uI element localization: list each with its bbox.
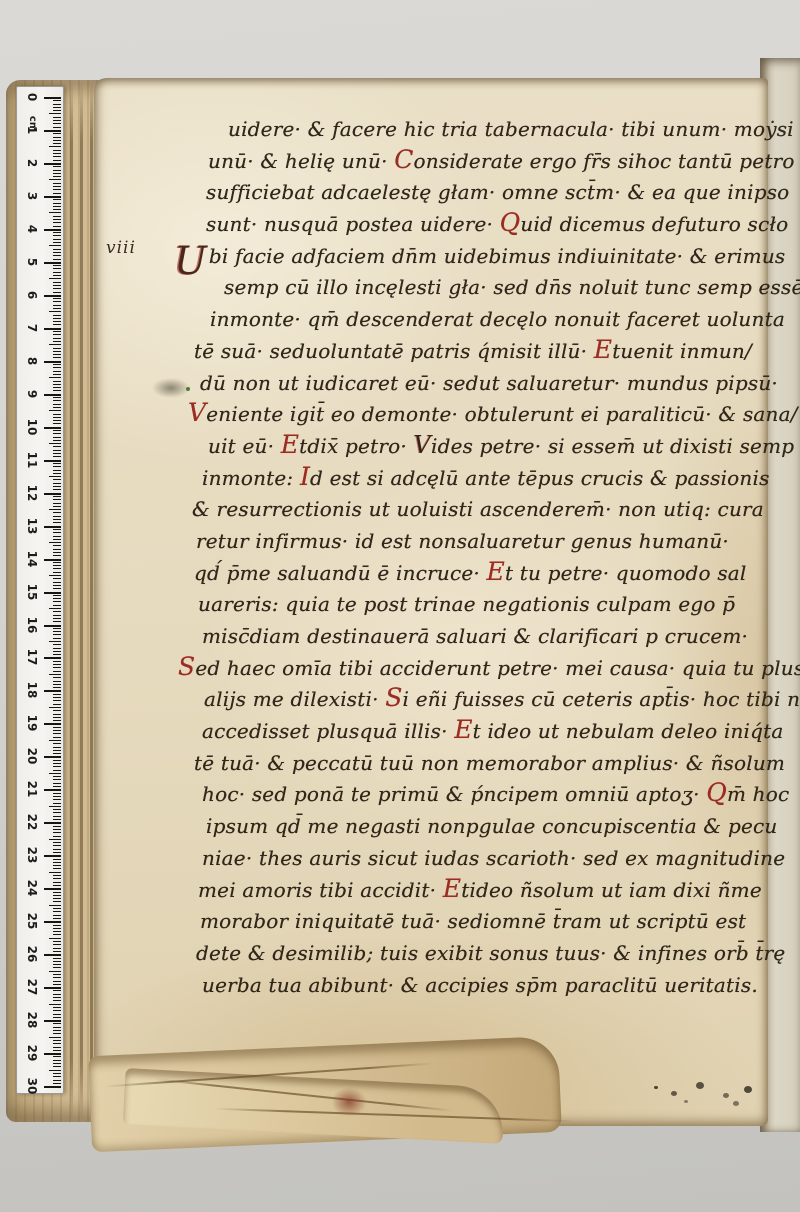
ruler-tick	[53, 232, 61, 233]
ruler-tick	[44, 295, 61, 297]
ruler-tick	[53, 100, 61, 101]
page-edge-crease	[80, 80, 83, 1122]
ruler-tick	[49, 575, 61, 576]
ruler-tick	[49, 542, 61, 543]
initial-letter: Q	[500, 208, 521, 237]
ruler-tick	[49, 476, 61, 477]
ruler-tick	[53, 275, 61, 276]
manuscript-text-segment: t ideo ut nebulam deleo iniq́ta	[473, 719, 784, 743]
ruler-tick	[53, 582, 61, 583]
ruler-tick	[53, 605, 61, 606]
ruler-tick	[53, 466, 61, 467]
ruler-tick	[53, 565, 61, 566]
manuscript-text-segment: unū· & helię unū·	[208, 149, 394, 173]
ruler-tick	[53, 252, 61, 253]
ruler-tick	[53, 1043, 61, 1044]
manuscript-text-segment: inmonte· qm̄ descenderat decęlo nonuit f…	[210, 307, 785, 331]
ruler-number: 2	[25, 152, 39, 174]
manuscript-text-segment: tideo ñsolum ut iam dixi ñme	[461, 878, 762, 902]
manuscript-text-segment: ipsum qd̄ me negasti nonpgulae concupisc…	[206, 814, 777, 838]
manuscript-line: dū non ut iudicaret eū· sedut saluaretur…	[200, 368, 778, 400]
ruler-number: 4	[25, 218, 39, 240]
ruler-tick	[53, 255, 61, 256]
ruler-tick	[53, 753, 61, 754]
ruler-tick	[44, 756, 61, 758]
ruler-tick	[53, 318, 61, 319]
ruler-tick	[53, 796, 61, 797]
ruler-tick	[53, 687, 61, 688]
ruler-number: 1	[25, 119, 39, 141]
ruler-tick	[49, 905, 61, 906]
ruler-tick	[53, 628, 61, 629]
ruler-tick	[53, 710, 61, 711]
manuscript-text-segment: hoc· sed ponā te primū & ṕncipem omniū a…	[202, 782, 706, 806]
ruler-tick	[53, 341, 61, 342]
ruler-tick	[53, 783, 61, 784]
manuscript-line: sufficiebat adcaelestę głam· omne sct̄m·…	[206, 177, 778, 209]
ruler-tick	[53, 305, 61, 306]
ruler-tick	[53, 572, 61, 573]
ruler-tick	[53, 730, 61, 731]
ruler-tick	[53, 925, 61, 926]
manuscript-text-segment: accedisset plusquā illis·	[202, 719, 454, 743]
ruler-number: 11	[25, 449, 39, 471]
ruler-tick	[53, 1030, 61, 1031]
page-edge-crease	[70, 80, 73, 1122]
ruler-tick	[53, 489, 61, 490]
ruler-tick	[53, 585, 61, 586]
ruler-number: 27	[25, 976, 39, 998]
manuscript-text-segment: alijs me dilexisti·	[204, 687, 385, 711]
manuscript-line: uareris: quia te post trinae negationis …	[198, 589, 778, 621]
ruler-tick	[53, 268, 61, 269]
manuscript-line: retur infirmus· id est nonsaluaretur gen…	[196, 526, 778, 558]
ruler-tick	[53, 684, 61, 685]
ruler-tick	[44, 1053, 61, 1055]
initial-letter: E	[443, 874, 461, 903]
ruler-tick	[53, 694, 61, 695]
ruler-number: 24	[25, 877, 39, 899]
ruler-tick	[53, 977, 61, 978]
ruler-tick	[49, 377, 61, 378]
manuscript-text-segment: onsiderate ergo fr̄s sihoc tantū petro	[414, 149, 795, 173]
ruler-number: 25	[25, 910, 39, 932]
manuscript-line: mei amoris tibi accidit· Etideo ñsolum u…	[198, 875, 778, 907]
ruler-tick	[53, 259, 61, 260]
manuscript-line: unū· & helię unū· Considerate ergo fr̄s …	[208, 146, 778, 178]
manuscript-text-segment: bi facie adfaciem dn̄m uidebimus indiuin…	[209, 244, 786, 268]
manuscript-text-segment: uidere· & facere hic tria tabernacula· t…	[228, 117, 794, 141]
ruler-tick	[53, 479, 61, 480]
ink-specks	[654, 1086, 658, 1089]
manuscript-line: inmonte: Id est si adcęlū ante tēpus cru…	[202, 463, 778, 495]
ruler-tick	[49, 410, 61, 411]
manuscript-book-photo: cm 0123456789101112131415161718192021222…	[6, 76, 800, 1136]
ruler-tick	[53, 733, 61, 734]
ruler-tick	[53, 743, 61, 744]
ruler-tick	[53, 374, 61, 375]
ruler-tick	[53, 1073, 61, 1074]
ruler-tick	[53, 826, 61, 827]
ruler-tick	[53, 133, 61, 134]
ruler-tick	[49, 509, 61, 510]
ruler-tick	[53, 895, 61, 896]
ruler-tick	[53, 446, 61, 447]
ruler-tick	[53, 829, 61, 830]
manuscript-text-segment: semp cū illo incęlesti gła· sed dn̄s nol…	[224, 275, 800, 299]
ruler-tick	[53, 750, 61, 751]
ruler-tick	[53, 400, 61, 401]
ruler-tick	[53, 209, 61, 210]
ruler-tick	[53, 470, 61, 471]
ruler-tick	[53, 644, 61, 645]
ruler-tick	[44, 427, 61, 429]
ruler-tick	[53, 1080, 61, 1081]
ruler-tick	[53, 107, 61, 108]
ruler-tick	[53, 974, 61, 975]
ruler-tick	[44, 592, 61, 594]
ruler-tick	[53, 532, 61, 533]
manuscript-text-segment: eniente igit̄ eo demonte· obtulerunt ei …	[206, 402, 797, 426]
manuscript-line: niae· thes auris sicut iudas scarioth· s…	[202, 843, 778, 875]
ruler-tick	[53, 878, 61, 879]
manuscript-line: semp cū illo incęlesti gła· sed dn̄s nol…	[224, 272, 778, 304]
ruler-tick	[53, 265, 61, 266]
ruler-tick	[53, 819, 61, 820]
ruler-tick	[49, 938, 61, 939]
ruler-tick	[53, 1017, 61, 1018]
ruler-tick	[53, 338, 61, 339]
manuscript-line: ipsum qd̄ me negasti nonpgulae concupisc…	[206, 811, 778, 843]
ruler-tick	[53, 143, 61, 144]
ruler-number: 10	[25, 416, 39, 438]
ruler-tick	[53, 506, 61, 507]
ruler-tick	[53, 697, 61, 698]
ruler-tick	[53, 908, 61, 909]
ruler-tick	[44, 526, 61, 528]
ruler-tick	[44, 690, 61, 692]
ruler-tick	[53, 882, 61, 883]
ruler-tick	[53, 433, 61, 434]
ruler-tick	[53, 892, 61, 893]
manuscript-text-segment: dete & desimilib; tuis exibit sonus tuus…	[196, 941, 785, 965]
ruler-number: 0	[25, 86, 39, 108]
ruler-tick	[53, 865, 61, 866]
ruler-tick	[53, 321, 61, 322]
ruler-tick	[53, 222, 61, 223]
manuscript-line: misc̄diam destinauerā saluari & clarific…	[202, 621, 778, 653]
ruler-tick	[53, 499, 61, 500]
ruler-tick	[53, 285, 61, 286]
ruler-tick	[53, 371, 61, 372]
ruler-tick	[53, 859, 61, 860]
ruler-tick	[53, 176, 61, 177]
manuscript-text-segment: uareris: quia te post trinae negationis …	[198, 592, 735, 616]
manuscript-line: hoc· sed ponā te primū & ṕncipem omniū a…	[202, 779, 778, 811]
manuscript-line: sunt· nusquā postea uidere· Quid dicemus…	[206, 209, 778, 241]
ruler-tick	[53, 123, 61, 124]
ruler-tick	[53, 486, 61, 487]
ruler-tick	[53, 598, 61, 599]
ruler-tick	[44, 888, 61, 890]
initial-letter: C	[394, 145, 413, 174]
ruler-tick	[44, 196, 61, 198]
ruler-tick	[53, 562, 61, 563]
ruler-tick	[53, 199, 61, 200]
manuscript-text-segment: morabor iniquitatē tuā· sediomnē t̄ram u…	[200, 909, 746, 933]
ruler-tick	[53, 868, 61, 869]
ruler-tick	[53, 315, 61, 316]
ruler-tick	[53, 407, 61, 408]
ruler-tick	[53, 440, 61, 441]
ruler-tick	[53, 186, 61, 187]
ruler-tick	[53, 450, 61, 451]
ruler-tick	[53, 150, 61, 151]
initial-letter: S	[385, 683, 402, 712]
manuscript-line: Ubi facie adfaciem dn̄m uidebimus indiui…	[174, 241, 778, 273]
ruler-tick	[53, 918, 61, 919]
ruler-tick	[53, 845, 61, 846]
manuscript-line: uit eū· Etdix̄ petro· Vides petre· si es…	[208, 431, 778, 463]
ruler-tick	[53, 292, 61, 293]
manuscript-line: Sed haec omīa tibi acciderunt petre· mei…	[178, 653, 778, 685]
ruler-tick	[53, 849, 61, 850]
ruler-tick	[44, 987, 61, 989]
ruler-tick	[53, 793, 61, 794]
ruler-tick	[53, 334, 61, 335]
ruler-tick	[53, 915, 61, 916]
manuscript-text-segment: sunt· nusquā postea uidere·	[206, 212, 500, 236]
initial-letter: U	[174, 239, 208, 284]
ruler-tick	[53, 288, 61, 289]
manuscript-line: dete & desimilib; tuis exibit sonus tuus…	[196, 938, 778, 970]
ruler-tick	[49, 179, 61, 180]
ruler-tick	[53, 770, 61, 771]
manuscript-text-segment: d est si adcęlū ante tēpus crucis & pass…	[310, 466, 770, 490]
ruler-tick	[49, 839, 61, 840]
ruler-tick	[53, 931, 61, 932]
ruler-tick	[53, 351, 61, 352]
ruler-tick	[53, 727, 61, 728]
manuscript-text-segment: ed haec omīa tibi acciderunt petre· mei …	[195, 656, 800, 680]
ruler-tick	[53, 1000, 61, 1001]
ruler-tick	[44, 657, 61, 659]
initial-letter: V	[413, 431, 431, 459]
ruler-tick	[53, 404, 61, 405]
ruler-tick	[53, 545, 61, 546]
ruler-tick	[53, 934, 61, 935]
ruler-tick	[53, 516, 61, 517]
ruler-tick	[49, 1004, 61, 1005]
green-speck	[186, 387, 190, 391]
ruler-tick	[53, 463, 61, 464]
ruler-tick	[53, 390, 61, 391]
ruler-number: 6	[25, 284, 39, 306]
ruler-tick	[53, 331, 61, 332]
ruler-tick	[53, 601, 61, 602]
ruler-number: 23	[25, 844, 39, 866]
ruler-tick	[53, 964, 61, 965]
manuscript-text-segment: tē tuā· & peccatū tuū non memorabor ampl…	[194, 751, 785, 775]
ruler-tick	[49, 674, 61, 675]
ruler-tick	[49, 278, 61, 279]
ruler-tick	[53, 763, 61, 764]
ruler-tick	[53, 704, 61, 705]
ruler-tick	[49, 1070, 61, 1071]
ruler-tick	[53, 308, 61, 309]
ruler-tick	[53, 720, 61, 721]
ruler-tick	[53, 282, 61, 283]
ruler-tick	[53, 958, 61, 959]
ruler-tick	[53, 714, 61, 715]
ruler-number: 17	[25, 646, 39, 668]
ruler-tick	[53, 206, 61, 207]
ruler-tick	[53, 836, 61, 837]
ruler-tick	[53, 1056, 61, 1057]
cm-ruler: cm 0123456789101112131415161718192021222…	[16, 86, 64, 1094]
ruler-tick	[53, 216, 61, 217]
ruler-tick	[53, 717, 61, 718]
manuscript-text-segment: sufficiebat adcaelestę głam· omne sct̄m·…	[206, 180, 789, 204]
manuscript-text-segment: uit eū·	[208, 434, 281, 458]
ruler-tick	[53, 357, 61, 358]
ruler-tick	[44, 262, 61, 264]
red-stain	[332, 1088, 366, 1116]
ruler-tick	[44, 130, 61, 132]
ruler-tick	[53, 420, 61, 421]
ruler-tick	[53, 941, 61, 942]
ruler-tick	[53, 648, 61, 649]
ruler-tick	[53, 117, 61, 118]
ruler-tick	[53, 611, 61, 612]
ruler-tick	[53, 799, 61, 800]
stain-smudge	[152, 378, 190, 398]
ruler-tick	[53, 522, 61, 523]
ruler-tick	[53, 219, 61, 220]
ruler-tick	[53, 766, 61, 767]
initial-letter: V	[188, 398, 206, 427]
ruler-tick	[53, 324, 61, 325]
ruler-tick	[53, 984, 61, 985]
ruler-tick	[53, 809, 61, 810]
manuscript-text-segment: tdix̄ petro·	[299, 434, 413, 458]
ruler-tick	[53, 301, 61, 302]
ruler-tick	[44, 97, 61, 99]
ruler-tick	[53, 621, 61, 622]
ruler-tick	[53, 588, 61, 589]
ruler-number: 14	[25, 548, 39, 570]
ruler-tick	[53, 997, 61, 998]
ruler-tick	[53, 737, 61, 738]
ruler-tick	[44, 789, 61, 791]
parchment-page: viii uidere· & facere hic tria tabernacu…	[94, 78, 768, 1126]
ruler-tick	[53, 661, 61, 662]
ruler-tick	[53, 951, 61, 952]
manuscript-line: inmonte· qm̄ descenderat decęlo nonuit f…	[210, 304, 778, 336]
ruler-tick	[53, 578, 61, 579]
ruler-tick	[53, 677, 61, 678]
ruler-number: 28	[25, 1009, 39, 1031]
ruler-tick	[44, 493, 61, 495]
manuscript-text-segment: qd́ p̄me saluandū ē incruce·	[194, 561, 487, 585]
ruler-tick	[53, 898, 61, 899]
ruler-tick	[53, 1063, 61, 1064]
manuscript-line: accedisset plusquā illis· Et ideo ut neb…	[202, 716, 778, 748]
ruler-tick	[53, 437, 61, 438]
ruler-tick	[53, 430, 61, 431]
ruler-tick	[53, 173, 61, 174]
ruler-tick	[53, 595, 61, 596]
ruler-tick	[44, 229, 61, 231]
ruler-tick	[49, 641, 61, 642]
ruler-number: 26	[25, 943, 39, 965]
ruler-tick	[53, 120, 61, 121]
manuscript-text-segment: dū non ut iudicaret eū· sedut saluaretur…	[200, 371, 778, 395]
ruler-tick	[49, 740, 61, 741]
ruler-tick	[53, 397, 61, 398]
ruler-tick	[53, 634, 61, 635]
ruler-tick	[44, 394, 61, 396]
ruler-number: 9	[25, 383, 39, 405]
ruler-tick	[53, 348, 61, 349]
ruler-tick	[53, 242, 61, 243]
ruler-tick	[53, 473, 61, 474]
ruler-tick	[53, 110, 61, 111]
ruler-tick	[53, 1040, 61, 1041]
initial-letter: E	[594, 335, 612, 364]
ruler-tick	[53, 153, 61, 154]
manuscript-text-segment: m̄ hoc	[727, 782, 789, 806]
ruler-tick	[53, 779, 61, 780]
ruler-number: 3	[25, 185, 39, 207]
ruler-tick	[53, 1033, 61, 1034]
ruler-tick	[49, 311, 61, 312]
ruler-tick	[53, 664, 61, 665]
ruler-tick	[53, 519, 61, 520]
ruler-tick	[53, 651, 61, 652]
ruler-tick	[49, 608, 61, 609]
manuscript-text-segment: i eñi fuisses cū ceteris apt̄is· hoc tib…	[403, 687, 800, 711]
ruler-tick	[49, 707, 61, 708]
ruler-tick	[44, 723, 61, 725]
manuscript-text-segment: & resurrectionis ut uoluisti ascenderem̄…	[192, 497, 764, 521]
ruler-tick	[53, 631, 61, 632]
ruler-tick	[53, 842, 61, 843]
ruler-tick	[49, 773, 61, 774]
ruler-tick	[44, 921, 61, 923]
ruler-tick	[53, 1027, 61, 1028]
ruler-tick	[53, 1066, 61, 1067]
ruler-tick	[53, 536, 61, 537]
ruler-number: 5	[25, 251, 39, 273]
manuscript-line: uidere· & facere hic tria tabernacula· t…	[228, 114, 778, 146]
ruler-tick	[53, 928, 61, 929]
ruler-tick	[53, 367, 61, 368]
ruler-tick	[53, 156, 61, 157]
ruler-tick	[53, 249, 61, 250]
manuscript-text-segment: tuenit inmun/	[612, 339, 752, 363]
manuscript-text-segment: inmonte:	[202, 466, 300, 490]
ruler-tick	[53, 990, 61, 991]
ruler-tick	[44, 1086, 61, 1088]
manuscript-text-segment: retur infirmus· id est nonsaluaretur gen…	[196, 529, 729, 553]
manuscript-line: Veniente igit̄ eo demonte· obtulerunt ei…	[188, 399, 778, 431]
ruler-tick	[49, 971, 61, 972]
initial-letter: Q	[706, 778, 727, 807]
ruler-tick	[53, 681, 61, 682]
ruler-tick	[53, 901, 61, 902]
ruler-tick	[53, 944, 61, 945]
